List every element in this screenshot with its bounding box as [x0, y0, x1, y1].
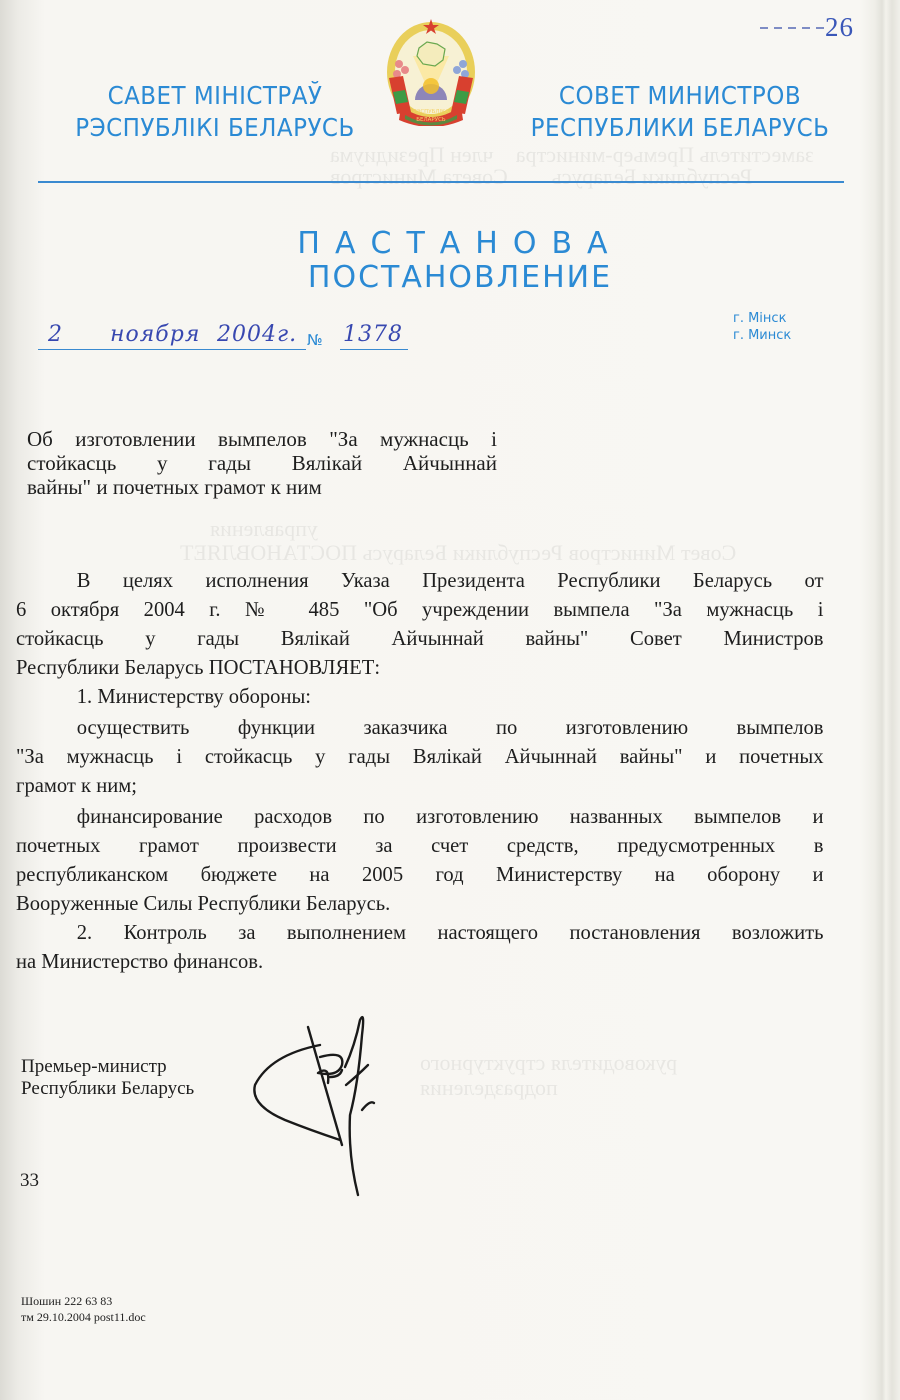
- document-page: заместитель Премьер-министра член Презид…: [0, 0, 900, 1400]
- letterhead-russian-line1: СОВЕТ МИНИСТРОВ: [519, 80, 841, 112]
- number-sign: №: [307, 331, 323, 349]
- emblem-ribbon-text-1: РЭСПУБЛІКА: [413, 109, 449, 115]
- item-2: 2. Контроль за выполнением настоящего по…: [16, 918, 824, 976]
- body-line: финансирование расходов по изготовлению …: [16, 802, 824, 831]
- body-line: Республики Беларусь ПОСТАНОВЛЯЕТ:: [16, 653, 824, 682]
- page-number: 33: [20, 1170, 39, 1192]
- body-line: грамот к ним;: [16, 771, 824, 800]
- letterhead-belarusian: САВЕТ МІНІСТРАЎ РЭСПУБЛІКІ БЕЛАРУСЬ: [68, 80, 362, 144]
- letterhead-belarusian-line1: САВЕТ МІНІСТРАЎ: [68, 80, 362, 112]
- handwritten-day: 2: [48, 322, 63, 347]
- handwritten-number: 1378: [343, 322, 403, 347]
- body-line: 6 октября 2004 г. № 485 "Об учреждении в…: [16, 595, 824, 624]
- document-body: В целях исполнения Указа Президента Респ…: [16, 566, 824, 976]
- item-1-paragraph-2: финансирование расходов по изготовлению …: [16, 802, 824, 918]
- signatory-line1: Премьер-министр: [21, 1056, 194, 1078]
- signatory-line2: Республики Беларусь: [21, 1078, 194, 1100]
- body-line: 2. Контроль за выполнением настоящего по…: [16, 918, 824, 947]
- doc-type-belarusian: ПАСТАНОВА: [0, 226, 900, 261]
- number-underline: [340, 349, 408, 350]
- bleed-through-text: Республики Беларусь Совета Министров: [330, 164, 752, 190]
- archive-number: 26: [825, 12, 854, 43]
- subject-line: вайны" и почетных грамот к ним: [27, 475, 497, 499]
- body-line: на Министерство финансов.: [16, 947, 824, 976]
- body-line: стойкасць у гады Вялікай Айчыннай вайны"…: [16, 624, 824, 653]
- document-subject: Об изготовлении вымпелов "За мужнасць і …: [27, 427, 497, 499]
- preamble: В целях исполнения Указа Президента Респ…: [16, 566, 824, 682]
- subject-line: стойкасць у гады Вялікай Айчыннай: [27, 451, 497, 475]
- body-line: Вооруженные Силы Республики Беларусь.: [16, 889, 824, 918]
- signature-icon: [250, 1005, 390, 1200]
- handwritten-month: ноября: [110, 322, 200, 347]
- body-line: почетных грамот произвести за счет средс…: [16, 831, 824, 860]
- bleed-through-text: подразделения: [420, 1075, 558, 1101]
- letterhead-russian-line2: РЕСПУБЛИКИ БЕЛАРУСЬ: [519, 112, 841, 144]
- archive-stamp-marks: [760, 27, 830, 29]
- city-belarusian: г. Мінск: [733, 311, 786, 326]
- city-russian: г. Минск: [733, 328, 791, 343]
- body-line: "За мужнасць і стойкасць у гады Вялікай …: [16, 742, 824, 771]
- letterhead-russian: СОВЕТ МИНИСТРОВ РЕСПУБЛИКИ БЕЛАРУСЬ: [519, 80, 841, 144]
- footer-executor: Шошин 222 63 83: [21, 1293, 146, 1309]
- body-line: осуществить функции заказчика по изготов…: [16, 713, 824, 742]
- body-line: республиканском бюджете на 2005 год Мини…: [16, 860, 824, 889]
- date-underline: [38, 349, 306, 350]
- letterhead-belarusian-line2: РЭСПУБЛІКІ БЕЛАРУСЬ: [68, 112, 362, 144]
- bleed-through-text: управления: [210, 516, 318, 542]
- emblem-ribbon-text-2: БЕЛАРУСЬ: [416, 117, 446, 123]
- handwritten-year: 2004г.: [217, 322, 297, 347]
- body-line: 1. Министерству обороны:: [16, 682, 824, 711]
- bleed-through-text: руководителя структурного: [420, 1050, 677, 1076]
- subject-line: Об изготовлении вымпелов "За мужнасць і: [27, 427, 497, 451]
- body-line: В целях исполнения Указа Президента Респ…: [16, 566, 824, 595]
- item-1-heading: 1. Министерству обороны:: [16, 682, 824, 711]
- footer-file-info: тм 29.10.2004 post11.doc: [21, 1309, 146, 1325]
- letterhead-divider: [38, 181, 844, 183]
- item-1-paragraph-1: осуществить функции заказчика по изготов…: [16, 713, 824, 800]
- state-emblem-icon: РЭСПУБЛІКА БЕЛАРУСЬ: [383, 16, 479, 126]
- signatory-title: Премьер-министр Республики Беларусь: [21, 1056, 194, 1100]
- document-footer: Шошин 222 63 83 тм 29.10.2004 post11.doc: [21, 1293, 146, 1325]
- doc-type-russian: ПОСТАНОВЛЕНИЕ: [0, 260, 900, 295]
- bleed-through-text: Совет Министров Республики Беларусь ПОСТ…: [180, 540, 736, 566]
